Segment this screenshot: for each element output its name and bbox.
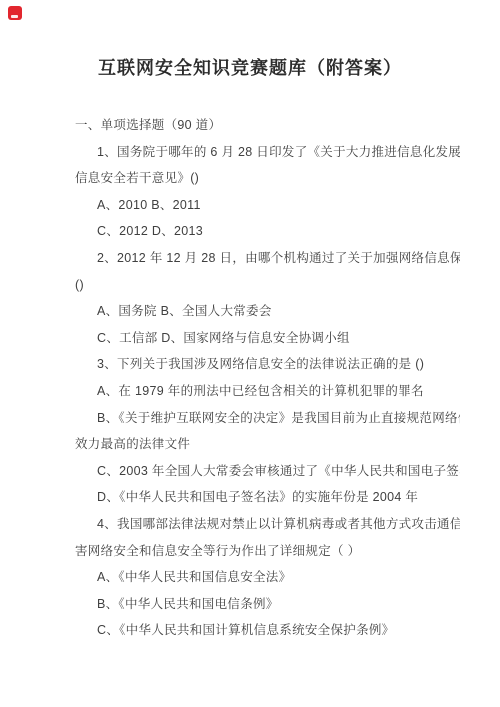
document-line: 1、国务院于哪年的 6 月 28 日印发了《关于大力推进信息化发展和切实保障 bbox=[75, 139, 460, 166]
document-line: 一、单项选择题（90 道） bbox=[75, 112, 460, 139]
document-line: 4、我国哪部法律法规对禁止以计算机病毒或者其他方式攻击通信设施，危 bbox=[75, 511, 460, 538]
document-body: 一、单项选择题（90 道）1、国务院于哪年的 6 月 28 日印发了《关于大力推… bbox=[0, 112, 500, 644]
document-line: 3、下列关于我国涉及网络信息安全的法律说法正确的是 () bbox=[75, 351, 460, 378]
document-line: A、《中华人民共和国信息安全法》 bbox=[75, 564, 460, 591]
document-line: () bbox=[75, 272, 460, 299]
document-line: 2、2012 年 12 月 28 日，由哪个机构通过了关于加强网络信息保护的决定 bbox=[75, 245, 460, 272]
document-line: C、《中华人民共和国计算机信息系统安全保护条例》 bbox=[75, 617, 460, 644]
document-line: A、在 1979 年的刑法中已经包含相关的计算机犯罪的罪名 bbox=[75, 378, 460, 405]
red-badge-icon bbox=[8, 6, 22, 20]
document-line: B、《关于维护互联网安全的决定》是我国目前为止直接规范网络信息安全的 bbox=[75, 405, 460, 432]
document-line: A、2010 B、2011 bbox=[75, 192, 460, 219]
document-line: D、《中华人民共和国电子签名法》的实施年份是 2004 年 bbox=[75, 484, 460, 511]
document-line: 效力最高的法律文件 bbox=[75, 431, 460, 458]
document-line: C、工信部 D、国家网络与信息安全协调小组 bbox=[75, 325, 460, 352]
document-line: A、国务院 B、全国人大常委会 bbox=[75, 298, 460, 325]
page-title: 互联网安全知识竞赛题库（附答案） bbox=[0, 0, 500, 80]
document-line: 信息安全若干意见》() bbox=[75, 165, 460, 192]
document-line: C、2003 年全国人大常委会审核通过了《中华人民共和国电子签名法》 bbox=[75, 458, 460, 485]
document-line: C、2012 D、2013 bbox=[75, 218, 460, 245]
document-line: B、《中华人民共和国电信条例》 bbox=[75, 591, 460, 618]
document-page: { "page": { "accent_red": "#e2262e" }, "… bbox=[0, 0, 500, 707]
document-line: 害网络安全和信息安全等行为作出了详细规定（ ） bbox=[75, 538, 460, 565]
